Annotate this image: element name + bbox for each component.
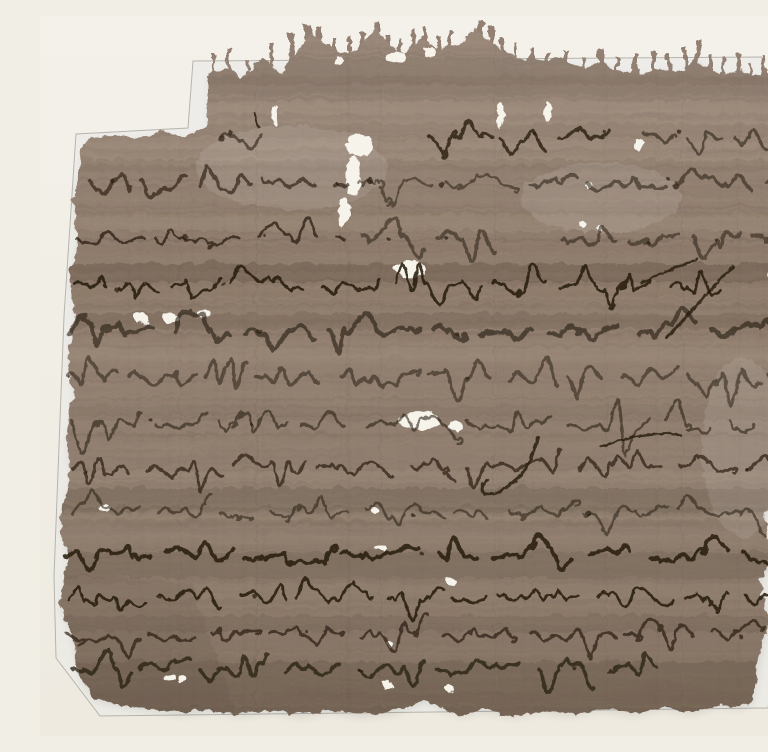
ink-blot bbox=[249, 422, 252, 425]
hole bbox=[632, 136, 642, 148]
ink-blot bbox=[531, 132, 535, 136]
ink-blot bbox=[114, 286, 119, 291]
hole bbox=[343, 134, 373, 154]
ink-blot bbox=[305, 629, 308, 632]
ink-blot bbox=[156, 594, 161, 599]
ink-blot bbox=[572, 665, 576, 669]
hole bbox=[422, 45, 434, 55]
hole bbox=[134, 314, 148, 322]
hole bbox=[386, 49, 404, 61]
hole bbox=[381, 680, 393, 688]
hole bbox=[270, 102, 276, 124]
ink-blot bbox=[738, 634, 743, 639]
ink-blot bbox=[256, 329, 261, 334]
ink-blot bbox=[335, 182, 338, 185]
papyrus-scan bbox=[40, 16, 768, 736]
ink-blot bbox=[713, 237, 716, 240]
papyrus-photo-figure: Papyrus fragment bearing 13 lines of cur… bbox=[40, 16, 768, 736]
ink-blot bbox=[465, 376, 469, 380]
ink-blot bbox=[666, 177, 670, 181]
hole bbox=[443, 685, 453, 691]
ink-blot bbox=[67, 374, 70, 377]
hole bbox=[336, 195, 348, 225]
ink-blot bbox=[148, 417, 151, 420]
ink-blot bbox=[646, 240, 650, 244]
ink-blot bbox=[251, 593, 256, 598]
ink-blot bbox=[357, 668, 360, 671]
hole bbox=[542, 101, 550, 119]
hole bbox=[576, 220, 584, 226]
ink-blot bbox=[454, 332, 458, 336]
ink-blot bbox=[217, 134, 223, 140]
ink-blot bbox=[744, 468, 748, 472]
hole bbox=[333, 55, 343, 63]
ink-blot bbox=[443, 235, 447, 239]
ink-blot bbox=[110, 179, 113, 182]
ink-blot bbox=[601, 129, 604, 132]
hole bbox=[343, 154, 359, 194]
ink-blot bbox=[181, 233, 187, 239]
ink-blot bbox=[677, 129, 681, 133]
ink-blot bbox=[262, 233, 265, 236]
hole bbox=[444, 577, 454, 585]
hole bbox=[495, 100, 503, 126]
ink-blot bbox=[84, 470, 87, 473]
hole bbox=[163, 672, 173, 678]
ink-blot bbox=[366, 177, 371, 182]
hole bbox=[376, 543, 384, 549]
ink-blot bbox=[584, 510, 590, 516]
ink-blot bbox=[438, 181, 444, 187]
ink-blot bbox=[227, 129, 232, 134]
ink-blot bbox=[386, 236, 390, 240]
ink-blot bbox=[419, 551, 423, 555]
ink-blot bbox=[221, 282, 225, 286]
ink-blot bbox=[410, 512, 414, 516]
ink-blot bbox=[672, 183, 677, 188]
hole bbox=[176, 674, 184, 680]
